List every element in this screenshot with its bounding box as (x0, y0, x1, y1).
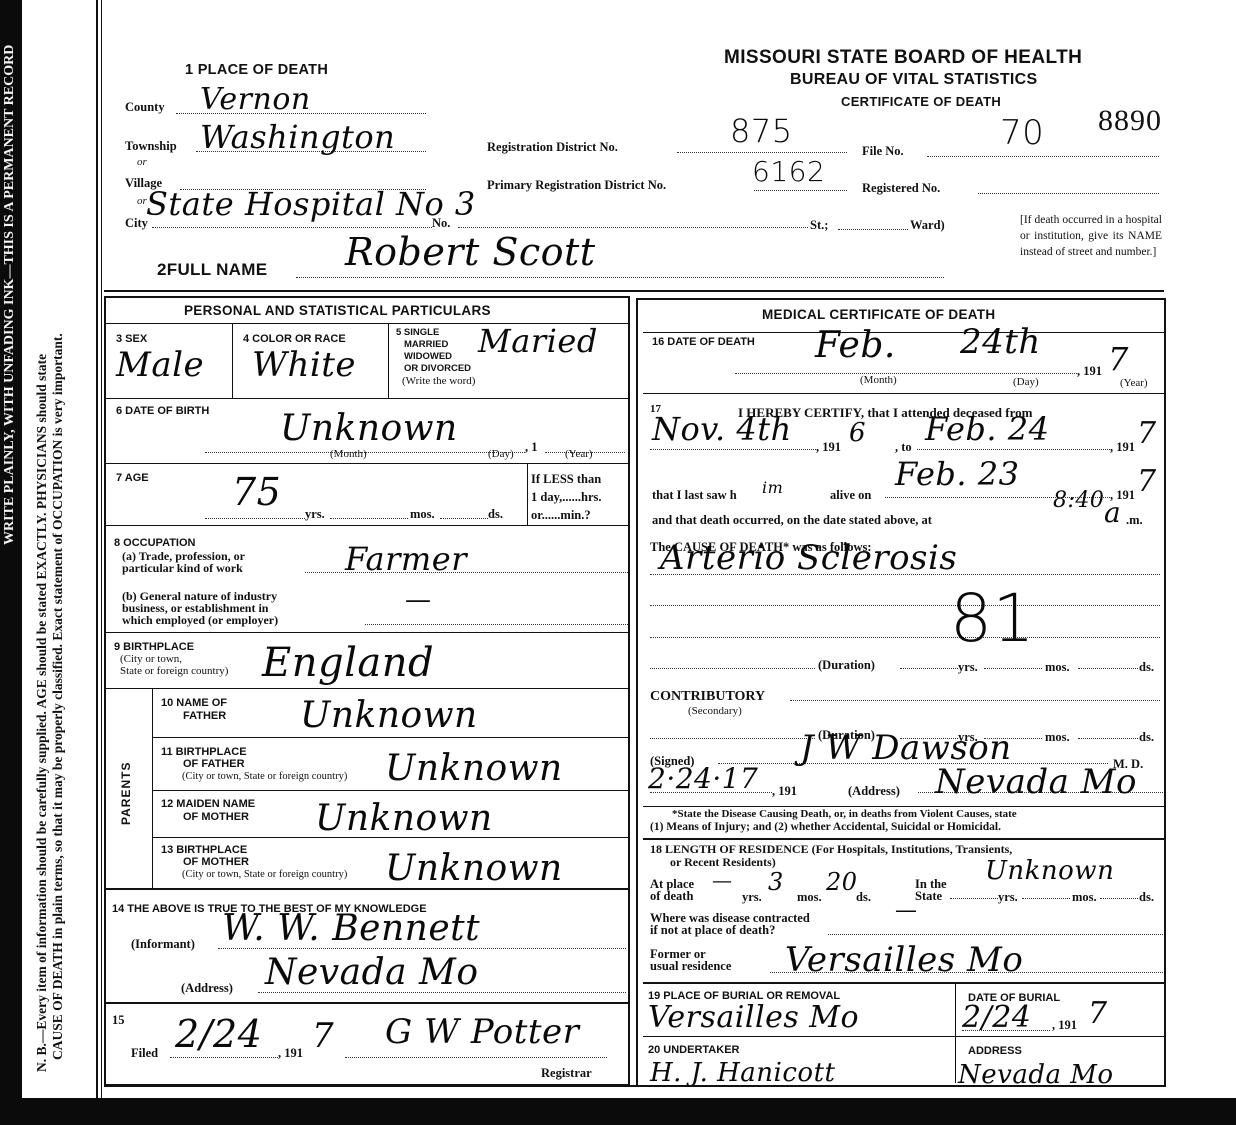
date-of-death-year: 7 (1108, 340, 1129, 378)
form-bottom-border (104, 1085, 1166, 1087)
city-value: State Hospital No 3 (146, 185, 476, 223)
state-years-field[interactable] (950, 898, 998, 899)
burial-year-prefix: , 191 (1052, 1018, 1077, 1033)
age-months-field[interactable] (330, 506, 408, 519)
footnote-line-1: *State the Disease Causing Death, or, in… (672, 808, 1017, 820)
marital-option-single: 5 SINGLE (396, 327, 471, 339)
occupation-b-label: (b) General nature of industry business,… (122, 590, 278, 626)
place-mos-value: 3 (768, 868, 784, 896)
cause-line-4[interactable] (650, 668, 815, 669)
occ-b-line-3: which employed (or employer) (122, 614, 278, 626)
bureau-title: BUREAU OF VITAL STATISTICS (790, 71, 1038, 89)
age-mos-label: mos. (410, 507, 435, 522)
nb-instructions-line-1: N. B.—Every item of information should b… (34, 354, 50, 1072)
duration-mos: mos. (1045, 660, 1070, 675)
mother-name-label: 12 MAIDEN NAME OF MOTHER (161, 798, 255, 824)
father-bp-label-1: 11 BIRTHPLACE (161, 746, 247, 758)
cause-line-3[interactable] (650, 637, 1160, 638)
death-time-text: and that death occurred, on the date sta… (652, 513, 932, 528)
alive-on-label: alive on (830, 488, 871, 503)
death-time-ampm: a (1104, 496, 1121, 529)
age-label: 7 AGE (116, 472, 149, 484)
informant-address-label: (Address) (181, 981, 233, 996)
rule (104, 688, 630, 689)
dod-month-hint: (Month) (860, 374, 897, 386)
full-name-value: Robert Scott (345, 230, 596, 274)
signed-date-value: 2·24·17 (648, 762, 758, 795)
age-days-field[interactable] (440, 506, 488, 519)
mother-birthplace-hint: (City or town, State or foreign country) (182, 869, 347, 880)
place-ds-value: 20 (826, 868, 858, 896)
filed-year-prefix: , 191 (278, 1046, 303, 1061)
father-name-label: 10 NAME OF FATHER (161, 697, 227, 723)
state-ds: ds. (1139, 890, 1154, 905)
duration-ds: ds. (1139, 660, 1154, 675)
township-label: Township (125, 139, 177, 154)
rule (643, 1036, 1166, 1037)
nb-instructions-line-2: CAUSE OF DEATH in plain terms, so that i… (50, 333, 66, 1060)
birthplace-hint-1: (City or town, (120, 653, 228, 665)
at-place-label: At place of death (650, 878, 694, 902)
informant-value: W. W. Bennett (222, 908, 480, 949)
father-birthplace-label: 11 BIRTHPLACE OF FATHER (161, 746, 247, 770)
last-saw-pronoun: im (762, 478, 783, 497)
date-of-death-year-prefix: , 191 (1077, 364, 1102, 379)
mother-birthplace-label: 13 BIRTHPLACE OF MOTHER (161, 844, 249, 868)
date-of-death-label: 16 DATE OF DEATH (652, 336, 755, 348)
informant-label: (Informant) (131, 937, 195, 952)
dob-value: Unknown (280, 408, 458, 449)
death-time-value: 8:40 (1053, 488, 1104, 513)
file-number-stamp: 8890 (1098, 104, 1162, 138)
medical-certificate-title: MEDICAL CERTIFICATE OF DEATH (762, 307, 995, 322)
duration-months-field[interactable] (984, 668, 1042, 669)
duration-days-field[interactable] (1078, 668, 1138, 669)
state-mos: mos. (1072, 890, 1097, 905)
last-saw-label: that I last saw h (652, 488, 737, 503)
form-left-border-inner (101, 0, 102, 1098)
father-birthplace-hint: (City or town, State or foreign country) (182, 771, 347, 782)
mother-name-label-1: 12 MAIDEN NAME (161, 798, 255, 811)
less-than-day-block: If LESS than 1 day,......hrs. or......mi… (531, 470, 602, 524)
burial-place-value: Versailles Mo (648, 1000, 859, 1035)
or-label-1: or (137, 156, 147, 168)
at-place-2: of death (650, 890, 694, 902)
place-yrs-label: yrs. (742, 890, 762, 905)
county-label: County (125, 100, 165, 115)
personal-particulars-title: PERSONAL AND STATISTICAL PARTICULARS (184, 303, 491, 318)
mother-bp-label-1: 13 BIRTHPLACE (161, 844, 249, 856)
duration-yrs: yrs. (958, 660, 978, 675)
physician-address-value: Nevada Mo (935, 762, 1137, 802)
filed-year-value: 7 (312, 1016, 334, 1056)
board-title: MISSOURI STATE BOARD OF HEALTH (724, 47, 1082, 69)
contributory-field[interactable] (790, 700, 1160, 701)
city-label: City (125, 216, 148, 231)
birthplace-hint-2: State or foreign country) (120, 665, 228, 677)
date-of-death-month: Feb. (815, 325, 896, 366)
rule (388, 323, 389, 399)
occupation-b-value: — (405, 585, 432, 615)
rule (527, 463, 528, 525)
county-value: Vernon (200, 82, 311, 117)
occupation-label: 8 OCCUPATION (114, 537, 196, 549)
rule (104, 888, 630, 890)
date-of-death-field[interactable] (735, 362, 1077, 374)
undertaker-address-label: ADDRESS (968, 1045, 1022, 1057)
burial-date-value: 2/24 (962, 1000, 1031, 1035)
mother-name-value: Unknown (315, 798, 493, 839)
parents-side-label: PARENTS (119, 762, 133, 825)
rule (152, 790, 630, 791)
attended-to-year-prefix: , 191 (1110, 440, 1135, 455)
dod-year-hint: (Year) (1120, 377, 1148, 389)
rule (104, 525, 630, 526)
contrib-days-field[interactable] (1078, 738, 1138, 739)
duration-years-field[interactable] (900, 668, 958, 669)
marital-option-married: MARRIED (396, 339, 471, 351)
father-birthplace-value: Unknown (385, 748, 563, 789)
contracted-2: if not at place of death? (650, 924, 810, 936)
rule (152, 837, 630, 838)
less-than-line-2: 1 day,......hrs. (531, 488, 602, 506)
dob-month-hint: (Month) (330, 448, 367, 460)
age-value: 75 (232, 470, 281, 514)
rule (643, 393, 1166, 394)
rule (104, 632, 630, 633)
rule (152, 737, 630, 738)
less-than-line-1: If LESS than (531, 470, 602, 488)
marital-option-widowed: WIDOWED (396, 351, 471, 363)
contracted-value: — (895, 898, 918, 923)
footnote-line-2: (1) Means of Injury; and (2) whether Acc… (650, 821, 1001, 833)
street-label: St.; (810, 218, 828, 233)
marital-option-divorced: OR DIVORCED (396, 363, 471, 375)
dob-day-hint: (Day) (488, 448, 514, 460)
bottom-black-margin (0, 1098, 1236, 1125)
rule (643, 838, 1166, 840)
last-saw-date-value: Feb. 23 (895, 455, 1019, 493)
contributory-line[interactable] (650, 738, 815, 739)
former-residence-label: Former or usual residence (650, 948, 731, 972)
cause-line-2[interactable] (650, 605, 1160, 606)
contrib-ds: ds. (1139, 730, 1154, 745)
mother-bp-label-2: OF MOTHER (161, 856, 249, 868)
dob-year-hint: (Year) (565, 448, 593, 460)
race-value: White (252, 345, 356, 385)
ward-field[interactable] (838, 218, 908, 230)
father-name-label-2: FATHER (161, 710, 227, 723)
street-no-label: No. (432, 216, 450, 231)
street-field[interactable] (458, 216, 808, 228)
rule (104, 398, 630, 399)
duration-value: 81 (950, 580, 1035, 657)
occ-a-line-2: particular kind of work (122, 562, 245, 574)
township-value: Washington (200, 118, 395, 156)
place-of-death-heading: 1 PLACE OF DEATH (185, 62, 328, 78)
attended-from-year-prefix: , 191 (816, 440, 841, 455)
ward-label: Ward) (910, 218, 945, 233)
signed-year-prefix: , 191 (772, 784, 797, 799)
rule (232, 323, 233, 399)
in-state-value: Unknown (985, 856, 1114, 886)
attended-to-year: 7 (1137, 416, 1157, 451)
rule (643, 806, 1166, 807)
state-days-field[interactable] (1100, 898, 1138, 899)
birthplace-value: England (262, 640, 434, 686)
certificate-title: CERTIFICATE OF DEATH (841, 94, 1001, 109)
secondary-hint: (Secondary) (688, 705, 742, 717)
father-bp-label-2: OF FATHER (161, 758, 247, 770)
form-left-border (96, 0, 98, 1098)
marital-label: 5 SINGLE MARRIED WIDOWED OR DIVORCED (396, 327, 471, 375)
primary-registration-label: Primary Registration District No. (487, 178, 666, 193)
sex-value: Male (116, 345, 204, 385)
state-yrs: yrs. (998, 890, 1018, 905)
place-mos-label: mos. (797, 890, 822, 905)
birthplace-label: 9 BIRTHPLACE (114, 641, 194, 653)
registration-district-value: 875 (730, 112, 793, 150)
last-saw-year: 7 (1137, 464, 1157, 499)
header-divider (104, 290, 1164, 292)
file-no-value: 70 (1000, 113, 1044, 153)
cause-of-death-value: Arterio Sclerosis (660, 538, 957, 578)
marital-value: Maried (478, 322, 598, 360)
physician-address-label: (Address) (848, 784, 900, 799)
rule (104, 1002, 630, 1004)
undertaker-value: H. J. Hanicott (650, 1058, 835, 1088)
primary-registration-value: 6162 (752, 155, 825, 188)
race-label: 4 COLOR OR RACE (243, 333, 346, 345)
less-than-line-3: or......min.? (531, 506, 602, 524)
rule (955, 983, 956, 1083)
in-state-label: In the State (915, 878, 947, 902)
rule (152, 688, 153, 888)
occupation-a-label: (a) Trade, profession, or particular kin… (122, 550, 245, 574)
mother-birthplace-value: Unknown (385, 848, 563, 889)
dob-label: 6 DATE OF BIRTH (116, 405, 209, 417)
marital-hint: (Write the word) (402, 375, 475, 387)
filed-label: Filed (131, 1046, 158, 1061)
registration-district-label: Registration District No. (487, 140, 618, 155)
duration-label: (Duration) (818, 658, 875, 673)
undertaker-label: 20 UNDERTAKER (648, 1044, 739, 1056)
contracted-label: Where was disease contracted if not at p… (650, 912, 810, 936)
occupation-a-value: Farmer (345, 540, 467, 578)
rule (643, 982, 1166, 984)
contributory-label: CONTRIBUTORY (650, 689, 765, 705)
filed-number: 15 (112, 1013, 125, 1028)
informant-address-value: Nevada Mo (265, 952, 479, 993)
full-name-label: 2FULL NAME (157, 260, 267, 280)
dob-year-prefix: , 1 (525, 440, 538, 455)
file-no-label-text: File No. (862, 144, 904, 159)
father-name-label-1: 10 NAME OF (161, 697, 227, 710)
hospital-note: [If death occurred in a hospital or inst… (1020, 212, 1162, 260)
filed-date-value: 2/24 (175, 1012, 262, 1056)
age-ds-label: ds. (488, 507, 503, 522)
rule (643, 332, 1166, 333)
mother-name-label-2: OF MOTHER (161, 811, 255, 824)
sex-label: 3 SEX (116, 333, 147, 345)
age-yrs-label: yrs. (305, 507, 325, 522)
birthplace-hint: (City or town, State or foreign country) (120, 653, 228, 677)
dod-day-hint: (Day) (1013, 376, 1039, 388)
registrar-value: G W Potter (385, 1012, 579, 1052)
registered-no-field[interactable] (978, 181, 1159, 194)
registrar-label: Registrar (541, 1066, 592, 1081)
attended-to-value: Feb. 24 (925, 410, 1049, 448)
former-residence-value: Versailles Mo (785, 940, 1023, 980)
date-of-death-day: 24th (960, 322, 1041, 362)
attended-from-value: Nov. 4th (652, 410, 792, 448)
former-2: usual residence (650, 960, 731, 972)
attended-from-year: 6 (849, 418, 866, 448)
in-state-2: State (915, 890, 947, 902)
permanent-record-note: WRITE PLAINLY, WITH UNFADING INK—THIS IS… (2, 45, 18, 545)
rule (104, 463, 630, 464)
burial-year-value: 7 (1088, 996, 1108, 1031)
place-ds-label: ds. (856, 890, 871, 905)
contrib-mos: mos. (1045, 730, 1070, 745)
registered-no-label: Registered No. (862, 181, 940, 196)
residence-label: 18 LENGTH OF RESIDENCE (For Hospitals, I… (650, 843, 1012, 869)
state-months-field[interactable] (1022, 898, 1070, 899)
father-name-value: Unknown (300, 695, 478, 736)
place-yrs-value: — (712, 868, 733, 892)
death-time-suffix: .m. (1126, 513, 1143, 528)
attended-to-label: , to (895, 440, 912, 455)
contracted-field[interactable] (828, 934, 1163, 935)
